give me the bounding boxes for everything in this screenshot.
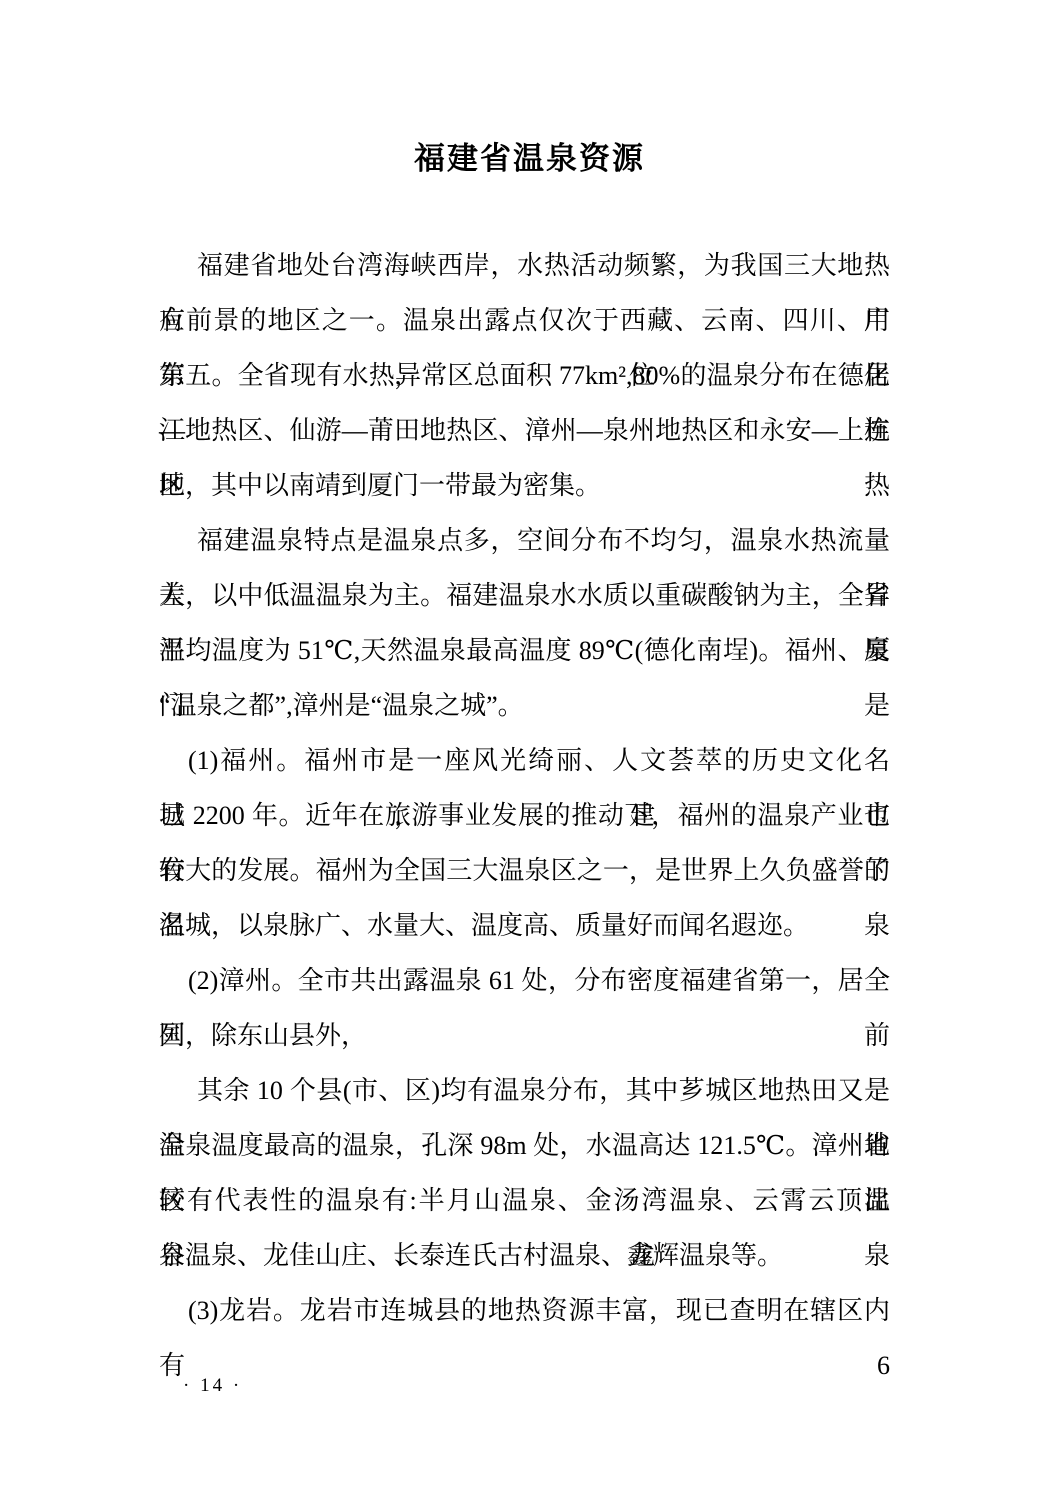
text-line: 已 2200 年。近年在旅游事业发展的推动下，福州的温泉产业也有了 bbox=[159, 788, 890, 843]
text-line: 其余 10 个县(市、区)均有温泉分布，其中芗城区地热田又是全省 bbox=[159, 1063, 890, 1118]
text-line: 有前景的地区之一。温泉出露点仅次于西藏、云南、四川、广东，位居 bbox=[159, 293, 890, 348]
text-line: 福建省地处台湾海峡西岸，水热活动频繁，为我国三大地热应用 bbox=[159, 238, 890, 293]
document-title: 福建省温泉资源 bbox=[0, 133, 1059, 178]
page-number: · 14 · bbox=[183, 1375, 242, 1397]
text-line: 温泉温度最高的温泉，孔深 98m 处，水温高达 121.5℃。漳州地区比 bbox=[159, 1118, 890, 1173]
text-line: (2)漳州。全市共出露温泉 61 处，分布密度福建省第一，居全国前 bbox=[159, 953, 890, 1008]
text-line: (1)福州。福州市是一座风光绮丽、人文荟萃的历史文化名城，建市 bbox=[159, 733, 890, 788]
text-line: 平均温度为 51℃,天然温泉最高温度 89℃(德化南埕)。福州、厦门是 bbox=[159, 623, 890, 678]
text-line: 较有代表性的温泉有:半月山温泉、金汤湾温泉、云霄云顶温泉、龙泉 bbox=[159, 1173, 890, 1228]
text-line: 较大的发展。福州为全国三大温泉区之一，是世界上久负盛誉的温泉 bbox=[159, 843, 890, 898]
text-line: 名城，以泉脉广、水量大、温度高、质量好而闻名遐迩。 bbox=[159, 898, 890, 953]
text-line: 江地热区、仙游—莆田地热区、漳州—泉州地热区和永安—上杭地热 bbox=[159, 403, 890, 458]
document-page: 福建省温泉资源 福建省地处台湾海峡西岸，水热活动频繁，为我国三大地热应用 有前景… bbox=[0, 0, 1059, 1497]
text-line: (3)龙岩。龙岩市连城县的地热资源丰富，现已查明在辖区内有 6 bbox=[159, 1283, 890, 1338]
text-line: 福建温泉特点是温泉点多，空间分布不均匀，温泉水热流量差异 bbox=[159, 513, 890, 568]
text-line: 大，以中低温温泉为主。福建温泉水水质以重碳酸钠为主，全省温泉 bbox=[159, 568, 890, 623]
text-line: 谷温泉、龙佳山庄、长泰连氏古村温泉、鑫辉温泉等。 bbox=[159, 1228, 890, 1283]
text-line: 第五。全省现有水热异常区总面积 77km²,80%的温泉分布在德化—连 bbox=[159, 348, 890, 403]
document-body: 福建省地处台湾海峡西岸，水热活动频繁，为我国三大地热应用 有前景的地区之一。温泉… bbox=[159, 238, 890, 1338]
